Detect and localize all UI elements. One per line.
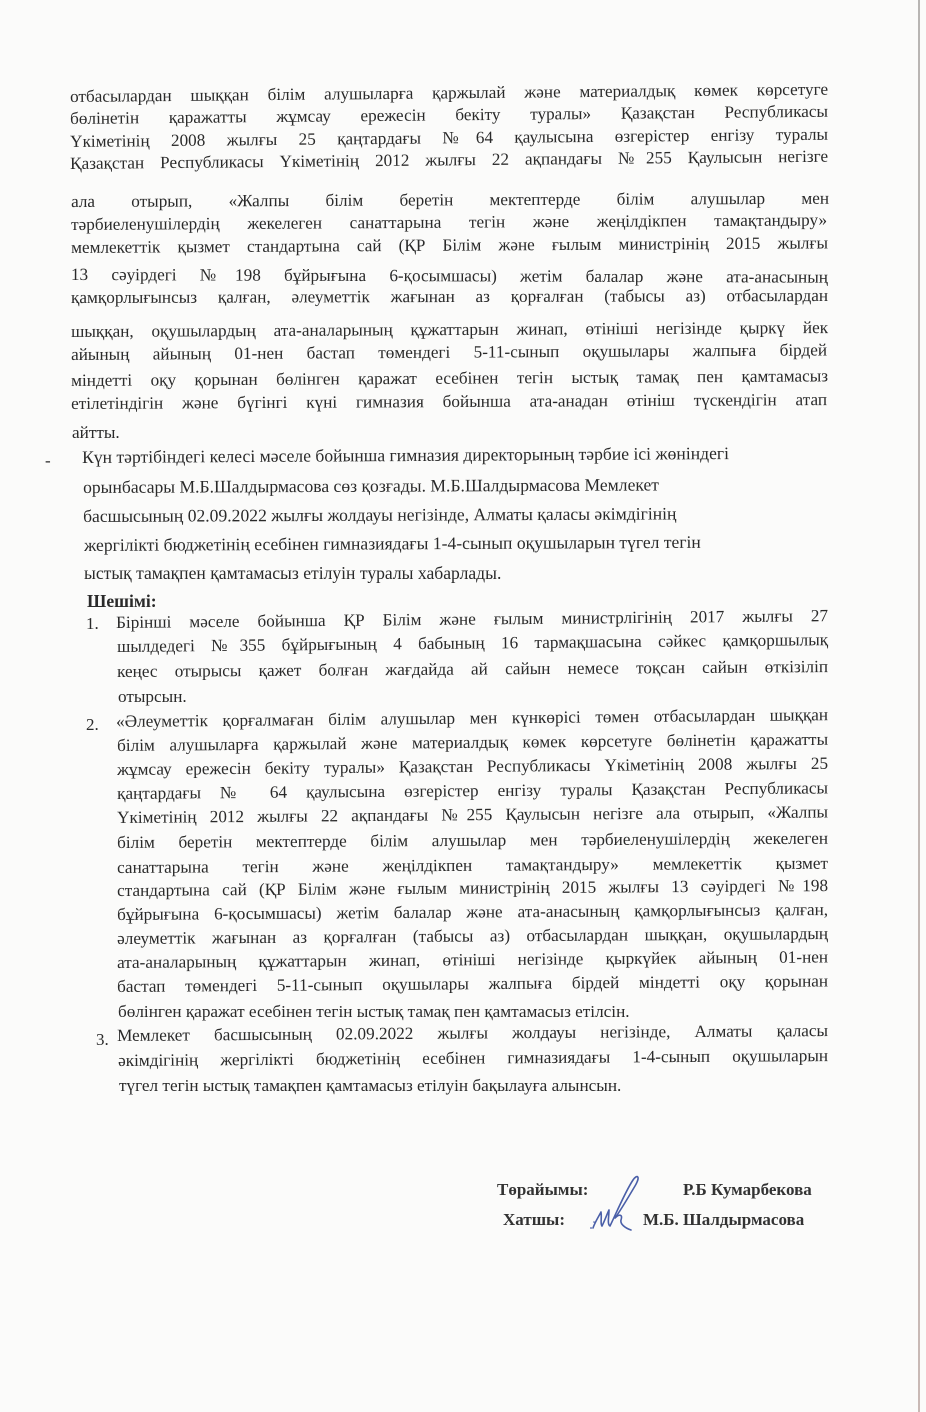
dash-bullet: - xyxy=(45,451,51,471)
text-line: отырсын. xyxy=(118,686,187,708)
item-number: 2. xyxy=(86,715,99,735)
text-line: ата-аналарының құжаттарын жинап, өтініші… xyxy=(117,946,828,974)
text-line: айтты. xyxy=(72,422,120,444)
text-line: Үкіметінің 2012 жылғы 22 ақпандағы №255 … xyxy=(117,801,828,829)
text-line: бұйрығына 6-қосымшасы) жетім балалар жән… xyxy=(117,899,828,926)
text-line: орынбасары М.Б.Шалдырмасова сөз қозғады.… xyxy=(83,473,659,498)
text-line: стандартына сай (ҚР Білім және ғылым мин… xyxy=(117,875,828,902)
item-number: 1. xyxy=(86,614,99,634)
text-line: жұмсау ережесін бекіту туралы» Қазақстан… xyxy=(117,753,828,781)
item-number: 3. xyxy=(96,1030,109,1050)
text-line: басшысының 02.09.2022 жылғы жолдауы негі… xyxy=(83,502,676,527)
text-line: етілетіндігін және бүгінгі күні гимназия… xyxy=(71,389,827,415)
text-line: әлеуметтік жағынан аз қорғалған (табысы … xyxy=(117,923,828,950)
text-line: тәрбиеленушілердің жекелеген санаттарына… xyxy=(71,209,827,236)
text-line: білім беретін мектептерде білім алушылар… xyxy=(117,828,828,854)
text-line: Мемлекет басшысының 02.09.2022 жылғы жол… xyxy=(117,1020,828,1047)
text-line: жергілікті бюджетінің есебінен гимназияд… xyxy=(84,531,701,556)
text-line: бастап төмендегі 5-11-сынып оқушылары жа… xyxy=(117,970,828,998)
decision-heading: Шешімі: xyxy=(87,590,157,612)
text-line: әкімдігінің жергілікті бюджетінің есебін… xyxy=(118,1045,828,1072)
text-line: бөлінген қаражат есебінен тегін ыстық та… xyxy=(118,1001,630,1023)
text-line: «Әлеуметтік қорғалмаған білім алушылар м… xyxy=(116,704,828,733)
secretary-label: Хатшы: xyxy=(503,1210,565,1230)
chair-name: Р.Б Кумарбекова xyxy=(683,1180,812,1200)
text-line: кеңес отырысы қажет болған жағдайда ай с… xyxy=(117,656,828,683)
text-line: түгел тегін ыстық тамақпен қамтамасыз ет… xyxy=(119,1075,621,1097)
secretary-name: М.Б. Шалдырмасова xyxy=(643,1210,804,1230)
page-edge xyxy=(918,0,920,1412)
text-line: Күн тәртібіндегі келесі мәселе бойынша г… xyxy=(82,442,729,468)
text-line: мемлекеттік қызмет стандартына сай (ҚР Б… xyxy=(71,232,828,259)
text-line: қаңтардағы № 64 қаулысына өзгерістер енг… xyxy=(117,777,828,805)
text-line: айының айының 01-нен бастап төмендегі 5-… xyxy=(71,339,827,366)
text-line: шылдедегі №355 бұйрығының 4 бабының 16 т… xyxy=(117,629,828,658)
handwritten-signature-icon xyxy=(585,1170,645,1236)
chair-label: Төрайымы: xyxy=(497,1180,588,1200)
text-line: ыстық тамақпен қамтамасыз етілуін туралы… xyxy=(84,562,501,584)
text-line: міндетті оқу қорынан бөлінген қаражат ес… xyxy=(71,365,828,392)
text-line: қамқорлығынсыз қалған, әлеуметтік жағына… xyxy=(71,285,828,309)
